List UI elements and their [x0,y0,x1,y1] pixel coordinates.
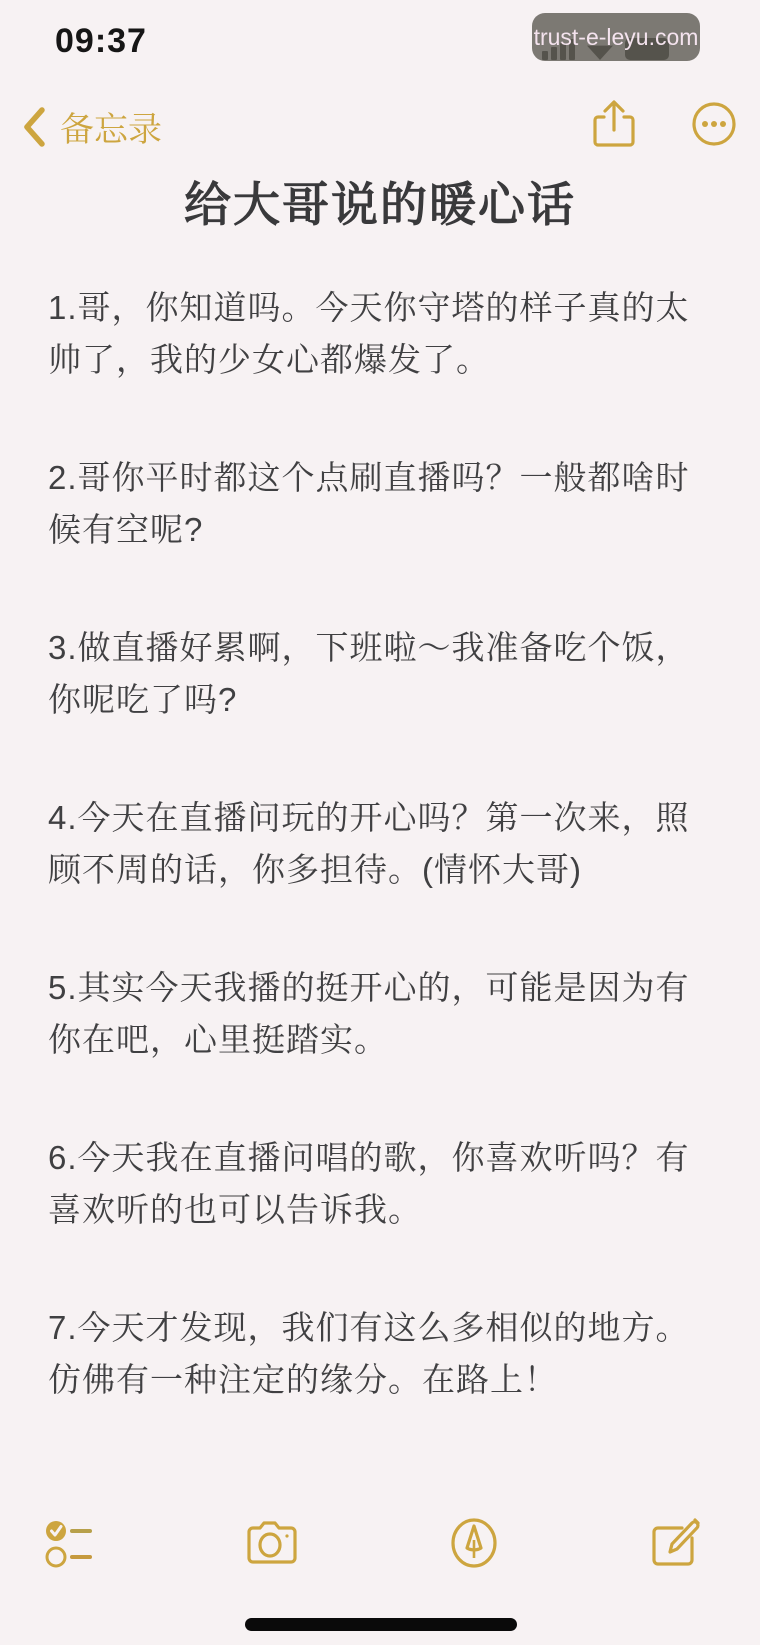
compose-icon[interactable] [648,1514,702,1572]
camera-icon[interactable] [245,1514,299,1572]
bottom-toolbar [0,1508,760,1578]
note-paragraph-3: 3.做直播好累啊，下班啦～我准备吃个饭，你呢吃了吗? [48,622,712,726]
note-paragraph-5: 5.其实今天我播的挺开心的，可能是因为有你在吧，心里挺踏实。 [48,962,712,1066]
note-body[interactable]: 1.哥，你知道吗。今天你守塔的样子真的太帅了，我的少女心都爆发了。 2.哥你平时… [48,282,712,1472]
status-bar: 09:37 trust-e-leyu.com [0,0,760,80]
checklist-icon[interactable] [44,1514,98,1572]
chevron-left-icon [22,107,46,147]
watermark-badge: trust-e-leyu.com [532,13,700,61]
markup-icon[interactable] [447,1514,501,1572]
note-paragraph-1: 1.哥，你知道吗。今天你守塔的样子真的太帅了，我的少女心都爆发了。 [48,282,712,386]
home-indicator[interactable] [245,1618,517,1631]
more-ellipsis-icon[interactable] [690,98,738,150]
note-title: 给大哥说的暖心话 [0,168,760,235]
note-paragraph-7: 7.今天才发现，我们有这么多相似的地方。仿佛有一种注定的缘分。在路上！ [48,1302,712,1406]
note-paragraph-6: 6.今天我在直播问唱的歌，你喜欢听吗？有喜欢听的也可以告诉我。 [48,1132,712,1236]
share-icon[interactable] [590,98,638,150]
nav-bar: 备忘录 [0,96,760,158]
status-time: 09:37 [55,22,147,61]
watermark-text: trust-e-leyu.com [534,24,699,51]
note-paragraph-4: 4.今天在直播问玩的开心吗？第一次来，照顾不周的话，你多担待。(情怀大哥) [48,792,712,896]
back-button-label: 备忘录 [60,102,162,151]
note-paragraph-2: 2.哥你平时都这个点刷直播吗？一般都啥时候有空呢? [48,452,712,556]
back-button[interactable]: 备忘录 [22,102,162,151]
